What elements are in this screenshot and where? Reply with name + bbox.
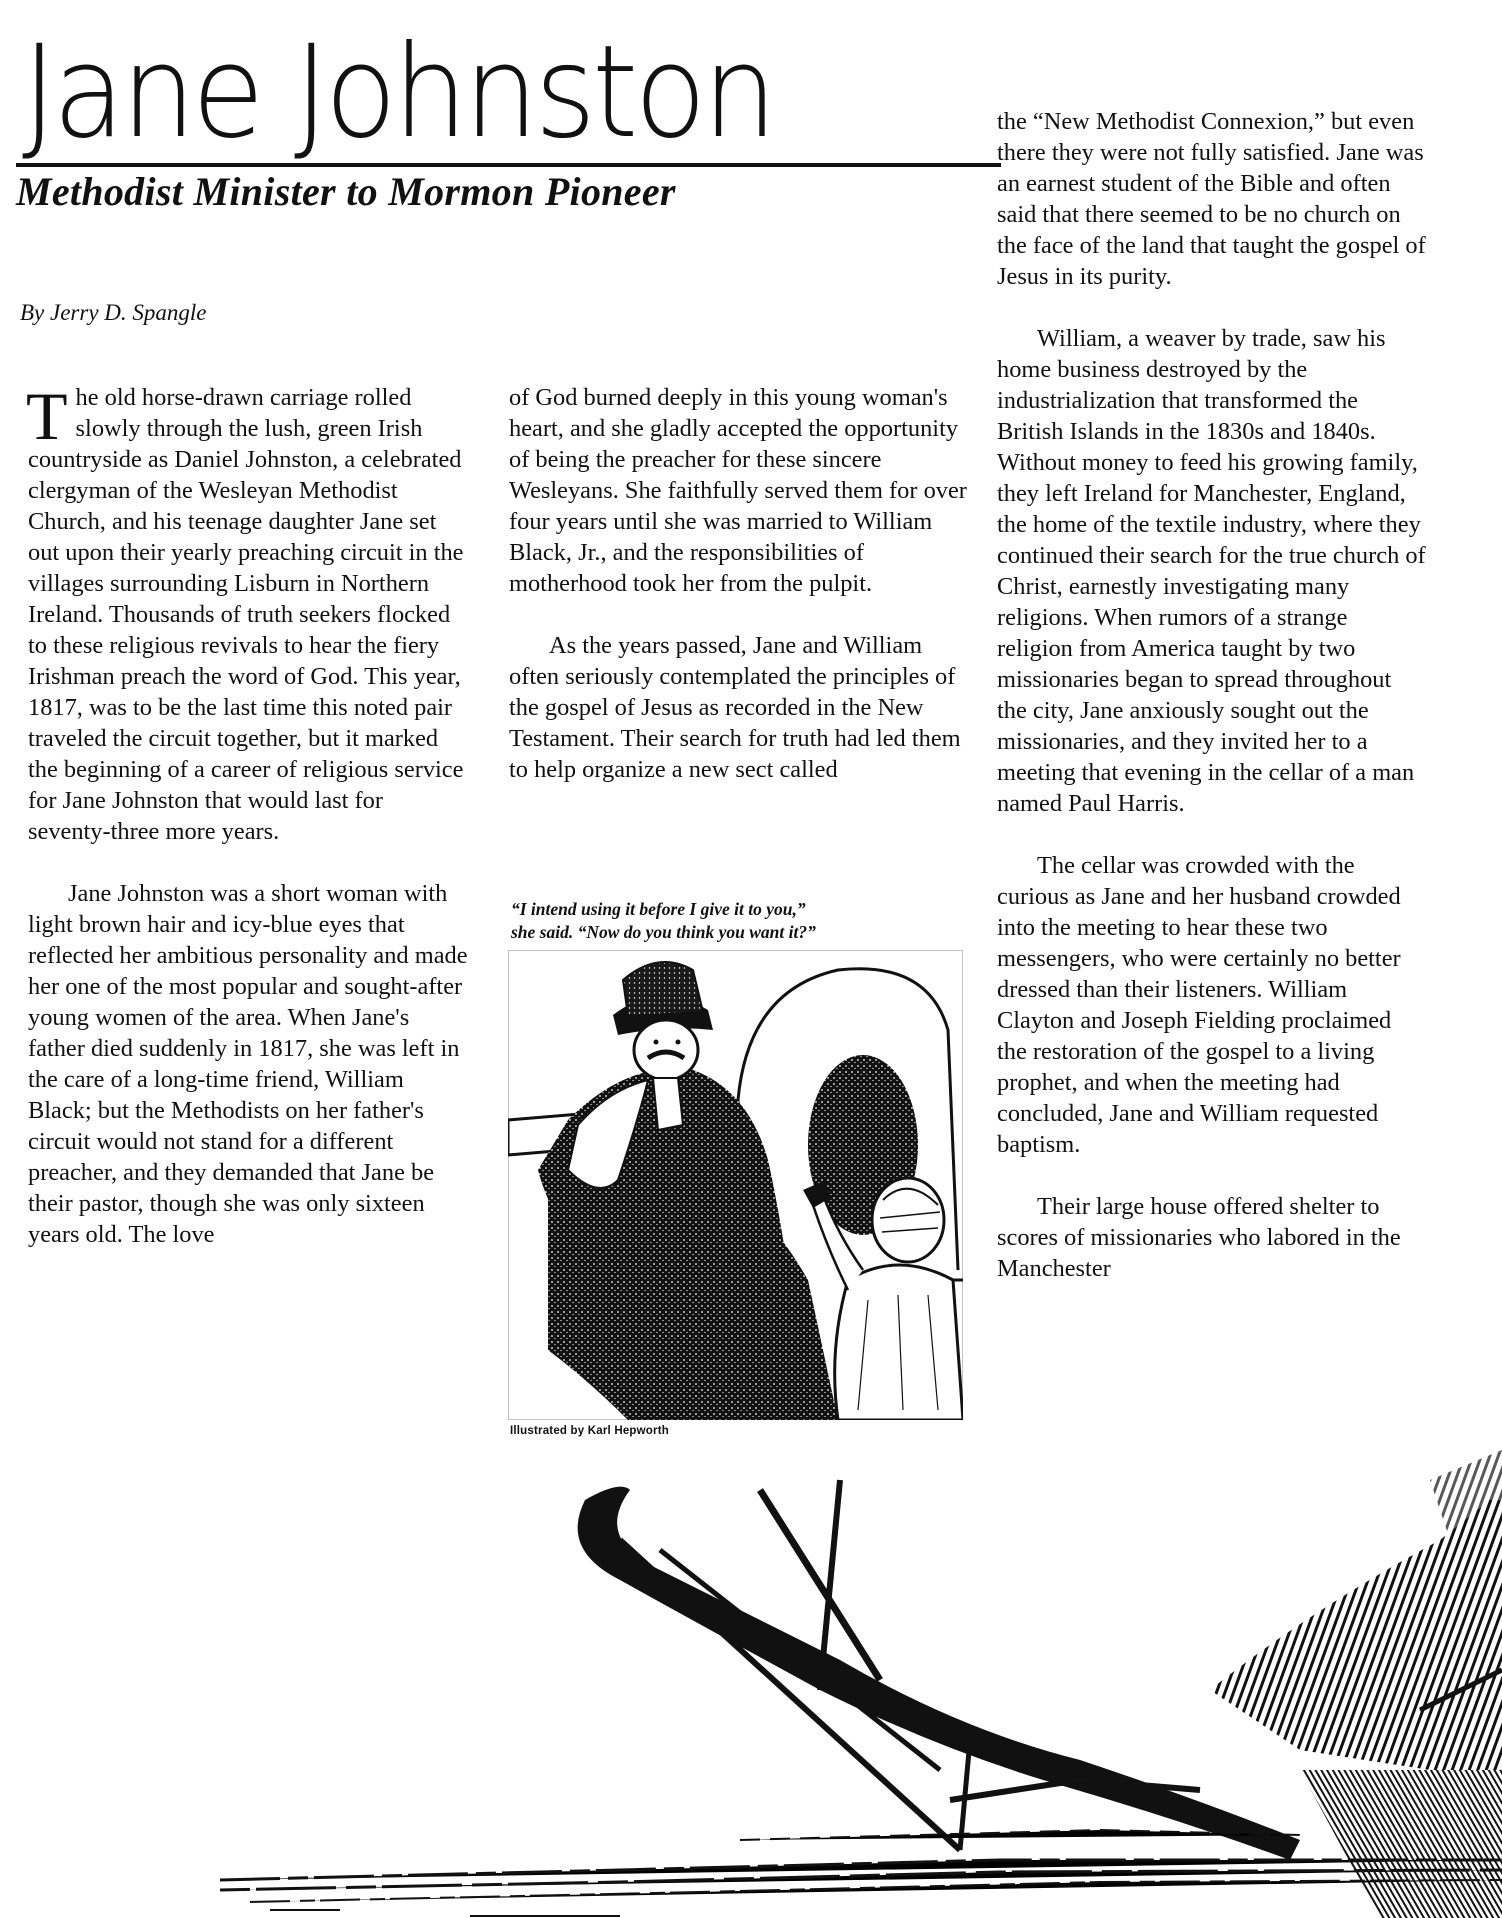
- wagon-sketch-decoration: [200, 1440, 1502, 1918]
- paragraph: Jane Johnston was a short woman with lig…: [28, 878, 468, 1250]
- illustration-credit: Illustrated by Karl Hepworth: [510, 1425, 669, 1437]
- pioneer-man-and-woman-illustration-icon: [508, 950, 963, 1420]
- paragraph: As the years passed, Jane and William of…: [509, 630, 969, 785]
- paragraph: Their large house offered shelter to sco…: [997, 1191, 1427, 1284]
- paragraph: The cellar was crowded with the curious …: [997, 850, 1427, 1160]
- paragraph: of God burned deeply in this young woman…: [509, 382, 969, 599]
- pioneer-illustration: [508, 950, 963, 1420]
- column-3: the “New Methodist Connexion,” but even …: [997, 75, 1427, 1315]
- column-2: of God burned deeply in this young woman…: [509, 351, 969, 816]
- covered-wagon-wheel-sketch-icon: [200, 1440, 1502, 1918]
- article-title: Jane Johnston: [22, 28, 773, 155]
- title-rule: [16, 163, 1001, 167]
- article-subtitle: Methodist Minister to Mormon Pioneer: [16, 172, 676, 212]
- illustration-caption: “I intend using it before I give it to y…: [511, 898, 981, 944]
- paragraph: The old horse-drawn carriage rolled slow…: [28, 382, 468, 847]
- paragraph: the “New Methodist Connexion,” but even …: [997, 106, 1427, 292]
- paragraph: William, a weaver by trade, saw his home…: [997, 323, 1427, 819]
- paragraph-text: he old horse-drawn carriage rolled slowl…: [28, 384, 464, 845]
- column-1: The old horse-drawn carriage rolled slow…: [28, 351, 468, 1281]
- drop-cap: T: [26, 388, 68, 444]
- byline: By Jerry D. Spangle: [20, 300, 207, 326]
